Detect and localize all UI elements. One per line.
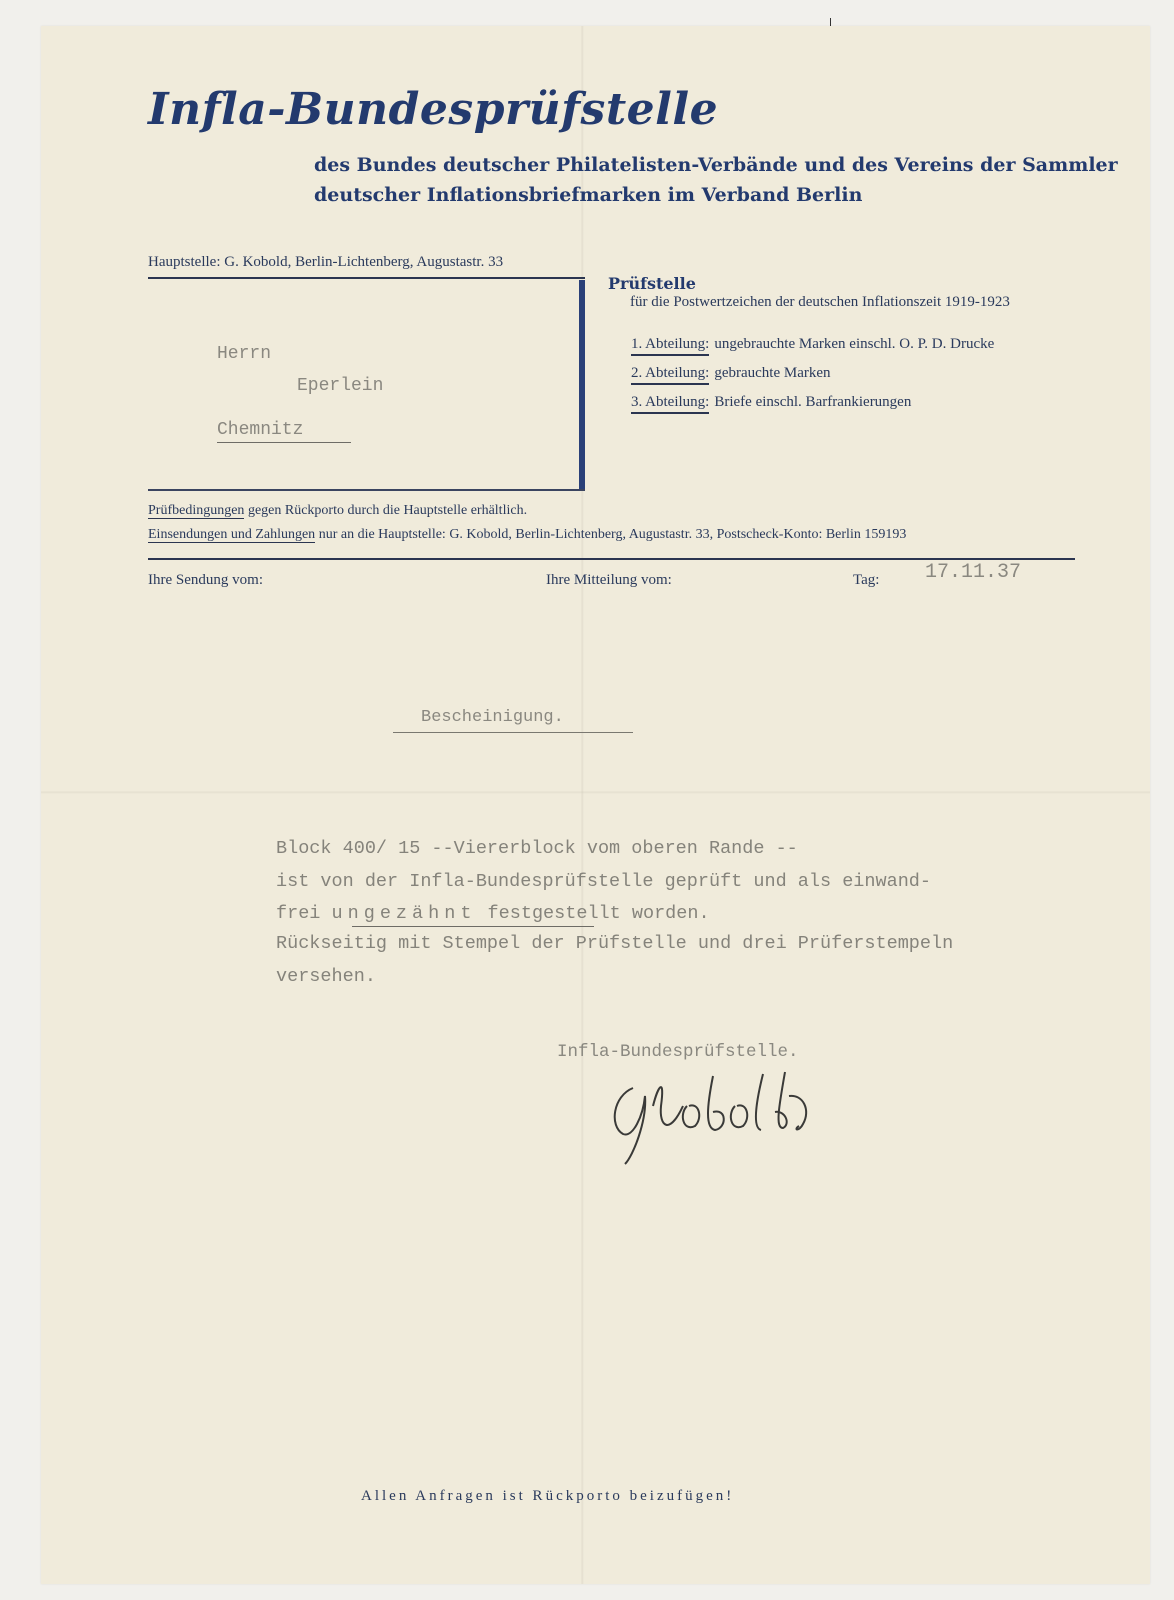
subtitle-line-2: deutscher Inflationsbriefmarken im Verba… <box>314 180 1118 210</box>
conditions-line-2: Einsendungen und Zahlungen nur an die Ha… <box>148 527 906 543</box>
conditions-line-1: Prüfbedingungen gegen Rückporto durch di… <box>148 503 527 519</box>
divider <box>148 277 585 279</box>
department-label: 3. Abteilung: <box>631 394 709 414</box>
department-item: 3. Abteilung:Briefe einschl. Barfrankier… <box>631 394 911 414</box>
certificate-line-4: Rückseitig mit Stempel der Prüfstelle un… <box>276 933 953 954</box>
certificate-line-3: frei ungezähnt festgestellt worden. <box>276 903 710 924</box>
certificate-line-2: ist von der Infla-Bundesprüfstelle geprü… <box>276 871 931 892</box>
department-label: 1. Abteilung: <box>631 336 709 356</box>
letter-paper: Infla-Bundesprüfstelle des Bundes deutsc… <box>41 26 1150 1584</box>
letter-date: 17.11.37 <box>925 561 1021 584</box>
department-item: 1. Abteilung:ungebrauchte Marken einschl… <box>631 336 994 356</box>
letterhead-subtitle: des Bundes deutscher Philatelisten-Verbä… <box>314 150 1118 210</box>
department-item: 2. Abteilung:gebrauchte Marken <box>631 365 831 385</box>
divider <box>148 558 1075 560</box>
addressee-city: Chemnitz <box>217 420 303 440</box>
letterhead-title: Infla-Bundesprüfstelle <box>148 84 718 135</box>
tag-label: Tag: <box>853 572 879 589</box>
certificate-heading: Bescheinigung. <box>421 708 564 727</box>
handwritten-signature <box>603 1066 823 1166</box>
signature-organization: Infla-Bundesprüfstelle. <box>557 1042 799 1062</box>
conditions-underlined: Einsendungen und Zahlungen <box>148 527 315 543</box>
certificate-text: festgestellt worden. <box>476 903 709 924</box>
footer-notice: Allen Anfragen ist Rückporto beizufügen! <box>361 1488 734 1505</box>
subtitle-line-1: des Bundes deutscher Philatelisten-Verbä… <box>314 150 1118 180</box>
address-box-border <box>579 280 585 490</box>
department-text: ungebrauchte Marken einschl. O. P. D. Dr… <box>714 336 994 352</box>
conditions-underlined: Prüfbedingungen <box>148 503 244 519</box>
department-text: gebrauchte Marken <box>714 365 830 381</box>
mitteilung-label: Ihre Mitteilung vom: <box>546 572 672 589</box>
hauptstelle-address: Hauptstelle: G. Kobold, Berlin-Lichtenbe… <box>148 254 503 271</box>
conditions-text: nur an die Hauptstelle: G. Kobold, Berli… <box>315 527 906 542</box>
addressee-name: Eperlein <box>297 376 383 396</box>
certificate-text: frei <box>276 903 332 924</box>
certificate-line-1: Block 400/ 15 --Viererblock vom oberen R… <box>276 838 798 859</box>
department-label: 2. Abteilung: <box>631 365 709 385</box>
department-text: Briefe einschl. Barfrankierungen <box>714 394 911 410</box>
certificate-line-5: versehen. <box>276 966 376 987</box>
typed-underline <box>352 926 594 927</box>
divider <box>148 489 585 491</box>
sendung-label: Ihre Sendung vom: <box>148 572 263 589</box>
pruefstelle-subtitle: für die Postwertzeichen der deutschen In… <box>630 294 1010 311</box>
addressee-salutation: Herrn <box>217 344 271 364</box>
typed-underline <box>393 732 633 733</box>
pruefstelle-title: Prüfstelle <box>608 274 696 293</box>
typed-underline <box>217 442 351 443</box>
certificate-emphasis: ungezähnt <box>332 903 477 924</box>
conditions-text: gegen Rückporto durch die Hauptstelle er… <box>244 503 527 518</box>
